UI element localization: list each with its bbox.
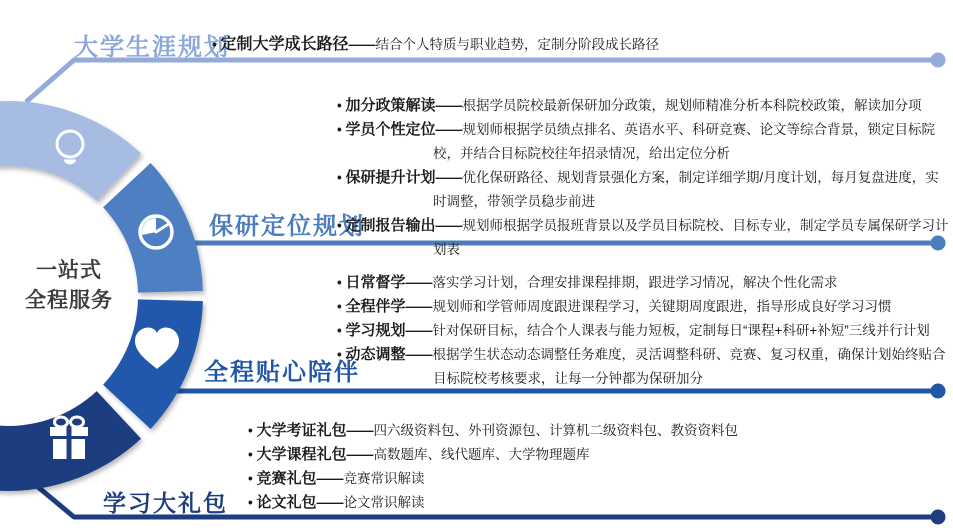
section-items-companion: 日常督学——落实学习计划，合理安排课程排期，跟进学习情况，解决个性化需求 全程伴…	[337, 271, 953, 391]
list-item: 大学课程礼包——高数题库、线代题库、大学物理题库	[248, 443, 938, 467]
center-title-line2: 全程服务	[0, 286, 138, 316]
list-item: 学习规划——针对保研目标，结合个人课表与能力短板，定制每日“课程+科研+补短”三…	[337, 319, 953, 343]
list-item: 加分政策解读——根据学员院校最新保研加分政策，规划师精准分析本科院校政策，解读加…	[337, 94, 951, 118]
list-item: 学员个性定位——规划师根据学员绩点排名、英语水平、科研竞赛、论文等综合背景，锁定…	[337, 118, 951, 166]
list-item: 大学考证礼包——四六级资料包、外刊资源包、计算机二级资料包、教资资料包	[248, 419, 938, 443]
section-items-positioning: 加分政策解读——根据学员院校最新保研加分政策，规划师精准分析本科院校政策，解读加…	[337, 94, 951, 262]
list-item: 竞赛礼包——竞赛常识解读	[248, 467, 938, 491]
list-item: 保研提升计划——优化保研路径、规划背景强化方案，制定详细学期/月度计划，每月复盘…	[337, 166, 951, 214]
center-title-line1: 一站式	[0, 256, 138, 286]
section-label-gift: 学习大礼包	[103, 485, 228, 518]
list-item: 定制大学成长路径——结合个人特质与职业趋势，定制分阶段成长路径	[212, 32, 942, 58]
list-item: 定制报告输出——规划师根据学员报班背景以及学员目标院校、目标专业，制定学员专属保…	[337, 214, 951, 262]
list-item: 日常督学——落实学习计划，合理安排课程排期，跟进学习情况，解决个性化需求	[337, 271, 953, 295]
section-items-gift: 大学考证礼包——四六级资料包、外刊资源包、计算机二级资料包、教资资料包 大学课程…	[248, 419, 938, 515]
list-item: 论文礼包——论文常识解读	[248, 491, 938, 515]
section-items-career: 定制大学成长路径——结合个人特质与职业趋势，定制分阶段成长路径	[212, 32, 942, 58]
center-title: 一站式 全程服务	[0, 256, 138, 316]
ring-segment-career	[0, 101, 141, 201]
section-label-career: 大学生涯规划	[74, 27, 230, 62]
list-item: 动态调整——根据学生状态动态调整任务难度，灵活调整科研、竞赛、复习权重，确保计划…	[337, 343, 953, 391]
list-item: 全程伴学——规划师和学管师周度跟进课程学习，关键期周度跟进，指导形成良好学习习惯	[337, 295, 953, 319]
one-stop-service-infographic: 一站式 全程服务 大学生涯规划 保研定位规划 全程贴心陪伴 学习大礼包 定制大学…	[0, 0, 953, 530]
